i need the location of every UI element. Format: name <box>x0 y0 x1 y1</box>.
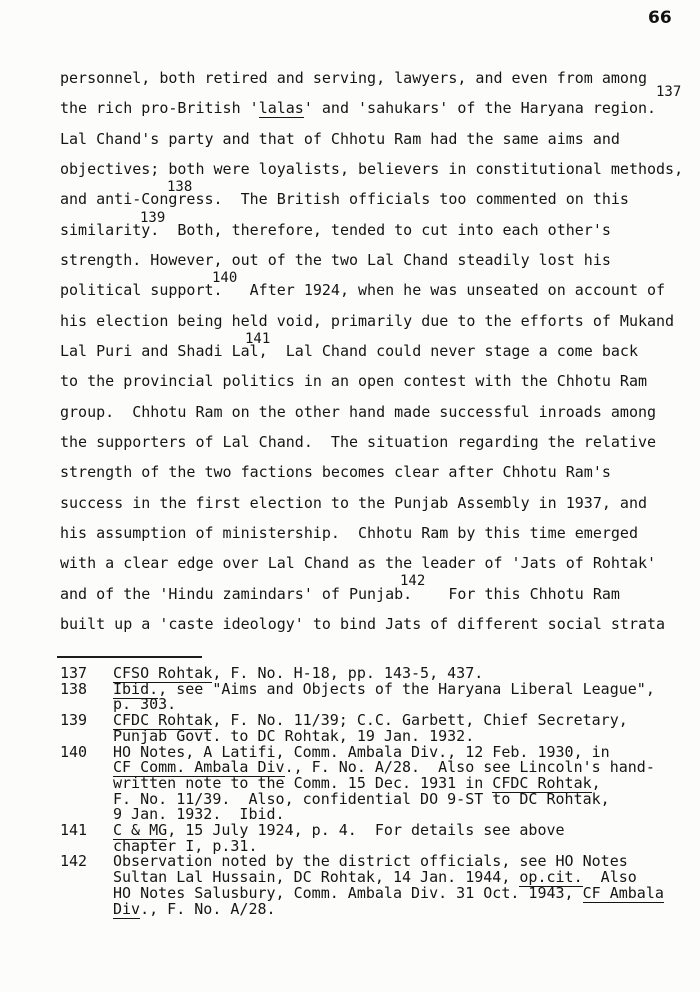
body-line: objectives; both were loyalists, believe… <box>60 154 700 184</box>
body-line: strength. However, out of the two Lal Ch… <box>60 245 700 275</box>
body-line: group. Chhotu Ram on the other hand made… <box>60 397 700 427</box>
body-line: political support. After 1924, when he w… <box>60 275 700 305</box>
underlined-term: lalas <box>259 99 304 118</box>
footnote-line: Ibid., see "Aims and Objects of the Hary… <box>113 682 700 698</box>
body-line: his assumption of ministership. Chhotu R… <box>60 518 700 548</box>
footnote-number: 138 <box>60 682 113 698</box>
scanned-document-page: 66 personnel, both retired and serving, … <box>0 0 700 992</box>
body-line: built up a 'caste ideology' to bind Jats… <box>60 609 700 639</box>
footnote-ref-141: 141 <box>245 332 270 346</box>
footnote-ref-137: 137 <box>656 85 681 99</box>
body-line: his election being held void, primarily … <box>60 306 700 336</box>
body-line: with a clear edge over Lal Chand as the … <box>60 548 700 578</box>
footnote-ref-142: 142 <box>400 574 425 588</box>
footnote-number: 140 <box>60 745 113 761</box>
body-line: Lal Chand's party and that of Chhotu Ram… <box>60 124 700 154</box>
body-line: to the provincial politics in an open co… <box>60 366 700 396</box>
page-number: 66 <box>648 8 672 28</box>
body-line: and of the 'Hindu zamindars' of Punjab. … <box>60 579 700 609</box>
footnote-number: 139 <box>60 713 113 729</box>
source-citation: CF Ambala <box>583 884 664 903</box>
footnote-ref-139: 139 <box>140 211 165 225</box>
body-line: strength of the two factions becomes cle… <box>60 457 700 487</box>
footnote-142: 142 Observation noted by the district of… <box>60 854 700 917</box>
footnote-ref-138: 138 <box>167 180 192 194</box>
body-line: personnel, both retired and serving, law… <box>60 63 700 93</box>
footnote-divider <box>57 656 202 658</box>
footnote-number: 141 <box>60 823 113 839</box>
footnote-ref-140: 140 <box>212 271 237 285</box>
source-citation: Div <box>113 900 140 919</box>
footnote-138: 138 Ibid., see "Aims and Objects of the … <box>60 682 700 713</box>
footnote-141: 141 C & MG, 15 July 1924, p. 4. For deta… <box>60 823 700 854</box>
body-line: success in the first election to the Pun… <box>60 488 700 518</box>
body-line: the rich pro-British 'lalas' and 'sahuka… <box>60 93 700 123</box>
footnote-140: 140 HO Notes, A Latifi, Comm. Ambala Div… <box>60 745 700 824</box>
body-line: Lal Puri and Shadi Lal, Lal Chand could … <box>60 336 700 366</box>
body-text: personnel, both retired and serving, law… <box>60 63 700 639</box>
footnotes-section: 137 CFSO Rohtak, F. No. H-18, pp. 143-5,… <box>60 666 700 917</box>
body-line: the supporters of Lal Chand. The situati… <box>60 427 700 457</box>
footnote-number: 142 <box>60 854 113 870</box>
footnote-139: 139 CFDC Rohtak, F. No. 11/39; C.C. Garb… <box>60 713 700 744</box>
footnote-line: Div., F. No. A/28. <box>113 902 700 918</box>
